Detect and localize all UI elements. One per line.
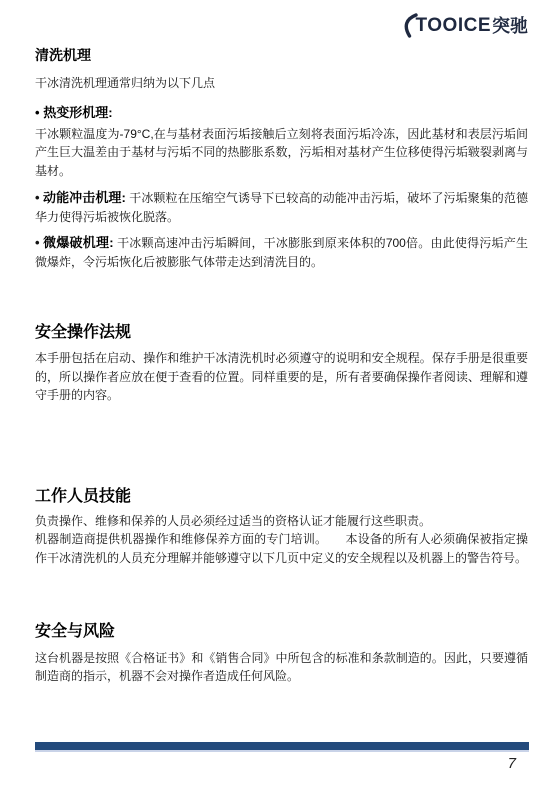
footer-rule bbox=[35, 742, 529, 752]
section-heading-cleaning-mechanism: 清洗机理 bbox=[35, 47, 528, 64]
section-body-safety-operation-rules: 本手册包括在启动、操作和维护干冰清洗机时必须遵守的说明和安全规程。保存手册是很重… bbox=[35, 349, 528, 405]
section-heading-safety-operation-rules: 安全操作法规 bbox=[35, 323, 528, 342]
bullet-dot-icon: • bbox=[35, 190, 40, 205]
document-page: TOOICE 突驰 清洗机理 干冰清洗机理通常归纳为以下几点 • 热变形机理: … bbox=[0, 0, 560, 794]
section-intro: 干冰清洗机理通常归纳为以下几点 bbox=[35, 74, 528, 93]
section-heading-safety-and-risk: 安全与风险 bbox=[35, 622, 528, 641]
page-number: 7 bbox=[35, 755, 529, 773]
section-staff-skills: 工作人员技能 负责操作、维修和保养的人员必须经过适当的资格认证才能履行这些职责。… bbox=[35, 487, 528, 568]
section-safety-and-risk: 安全与风险 这台机器是按照《合格证书》和《销售合同》中所包含的标准和条款制造的。… bbox=[35, 622, 528, 685]
bullet-heading-thermal: • 热变形机理: bbox=[35, 105, 528, 121]
bullet-item-kinetic: • 动能冲击机理: 干冰颗粒在压缩空气诱导下已较高的动能冲击污垢，破坏了污垢聚集… bbox=[35, 189, 528, 226]
section-body-staff-skills-line1: 负责操作、维修和保养的人员必须经过适当的资格认证才能履行这些职责。 bbox=[35, 512, 528, 531]
bullet-item-microexplosion: • 微爆破机理: 干冰颗高速冲击污垢瞬间，干冰膨胀到原来体积的700倍。由此使得… bbox=[35, 234, 528, 271]
section-body-safety-and-risk: 这台机器是按照《合格证书》和《销售合同》中所包含的标准和条款制造的。因此，只要遵… bbox=[35, 649, 528, 686]
logo-chinese-text: 突驰 bbox=[492, 17, 528, 35]
logo-latin-text: TOOICE bbox=[416, 16, 492, 35]
bullet-dot-icon: • bbox=[35, 105, 40, 120]
section-heading-staff-skills: 工作人员技能 bbox=[35, 487, 528, 506]
bullet-label: 动能冲击机理: bbox=[43, 190, 126, 205]
bullet-body-thermal: 干冰颗粒温度为-79°C,在与基材表面污垢接触后立刻将表面污垢冷冻，因此基材和表… bbox=[35, 125, 528, 181]
bullet-dot-icon: • bbox=[35, 235, 40, 250]
bullet-label: 微爆破机理: bbox=[43, 235, 113, 250]
brand-logo: TOOICE 突驰 bbox=[35, 12, 528, 39]
bullet-label: 热变形机理: bbox=[43, 105, 112, 120]
section-body-staff-skills-line2: 机器制造商提供机器操作和维修保养方面的专门培训。 本设备的所有人必须确保被指定操… bbox=[35, 530, 528, 567]
section-cleaning-mechanism: 清洗机理 干冰清洗机理通常归纳为以下几点 • 热变形机理: 干冰颗粒温度为-79… bbox=[35, 47, 528, 271]
section-safety-operation-rules: 安全操作法规 本手册包括在启动、操作和维护干冰清洗机时必须遵守的说明和安全规程。… bbox=[35, 323, 528, 405]
page-footer: 7 bbox=[35, 742, 529, 773]
